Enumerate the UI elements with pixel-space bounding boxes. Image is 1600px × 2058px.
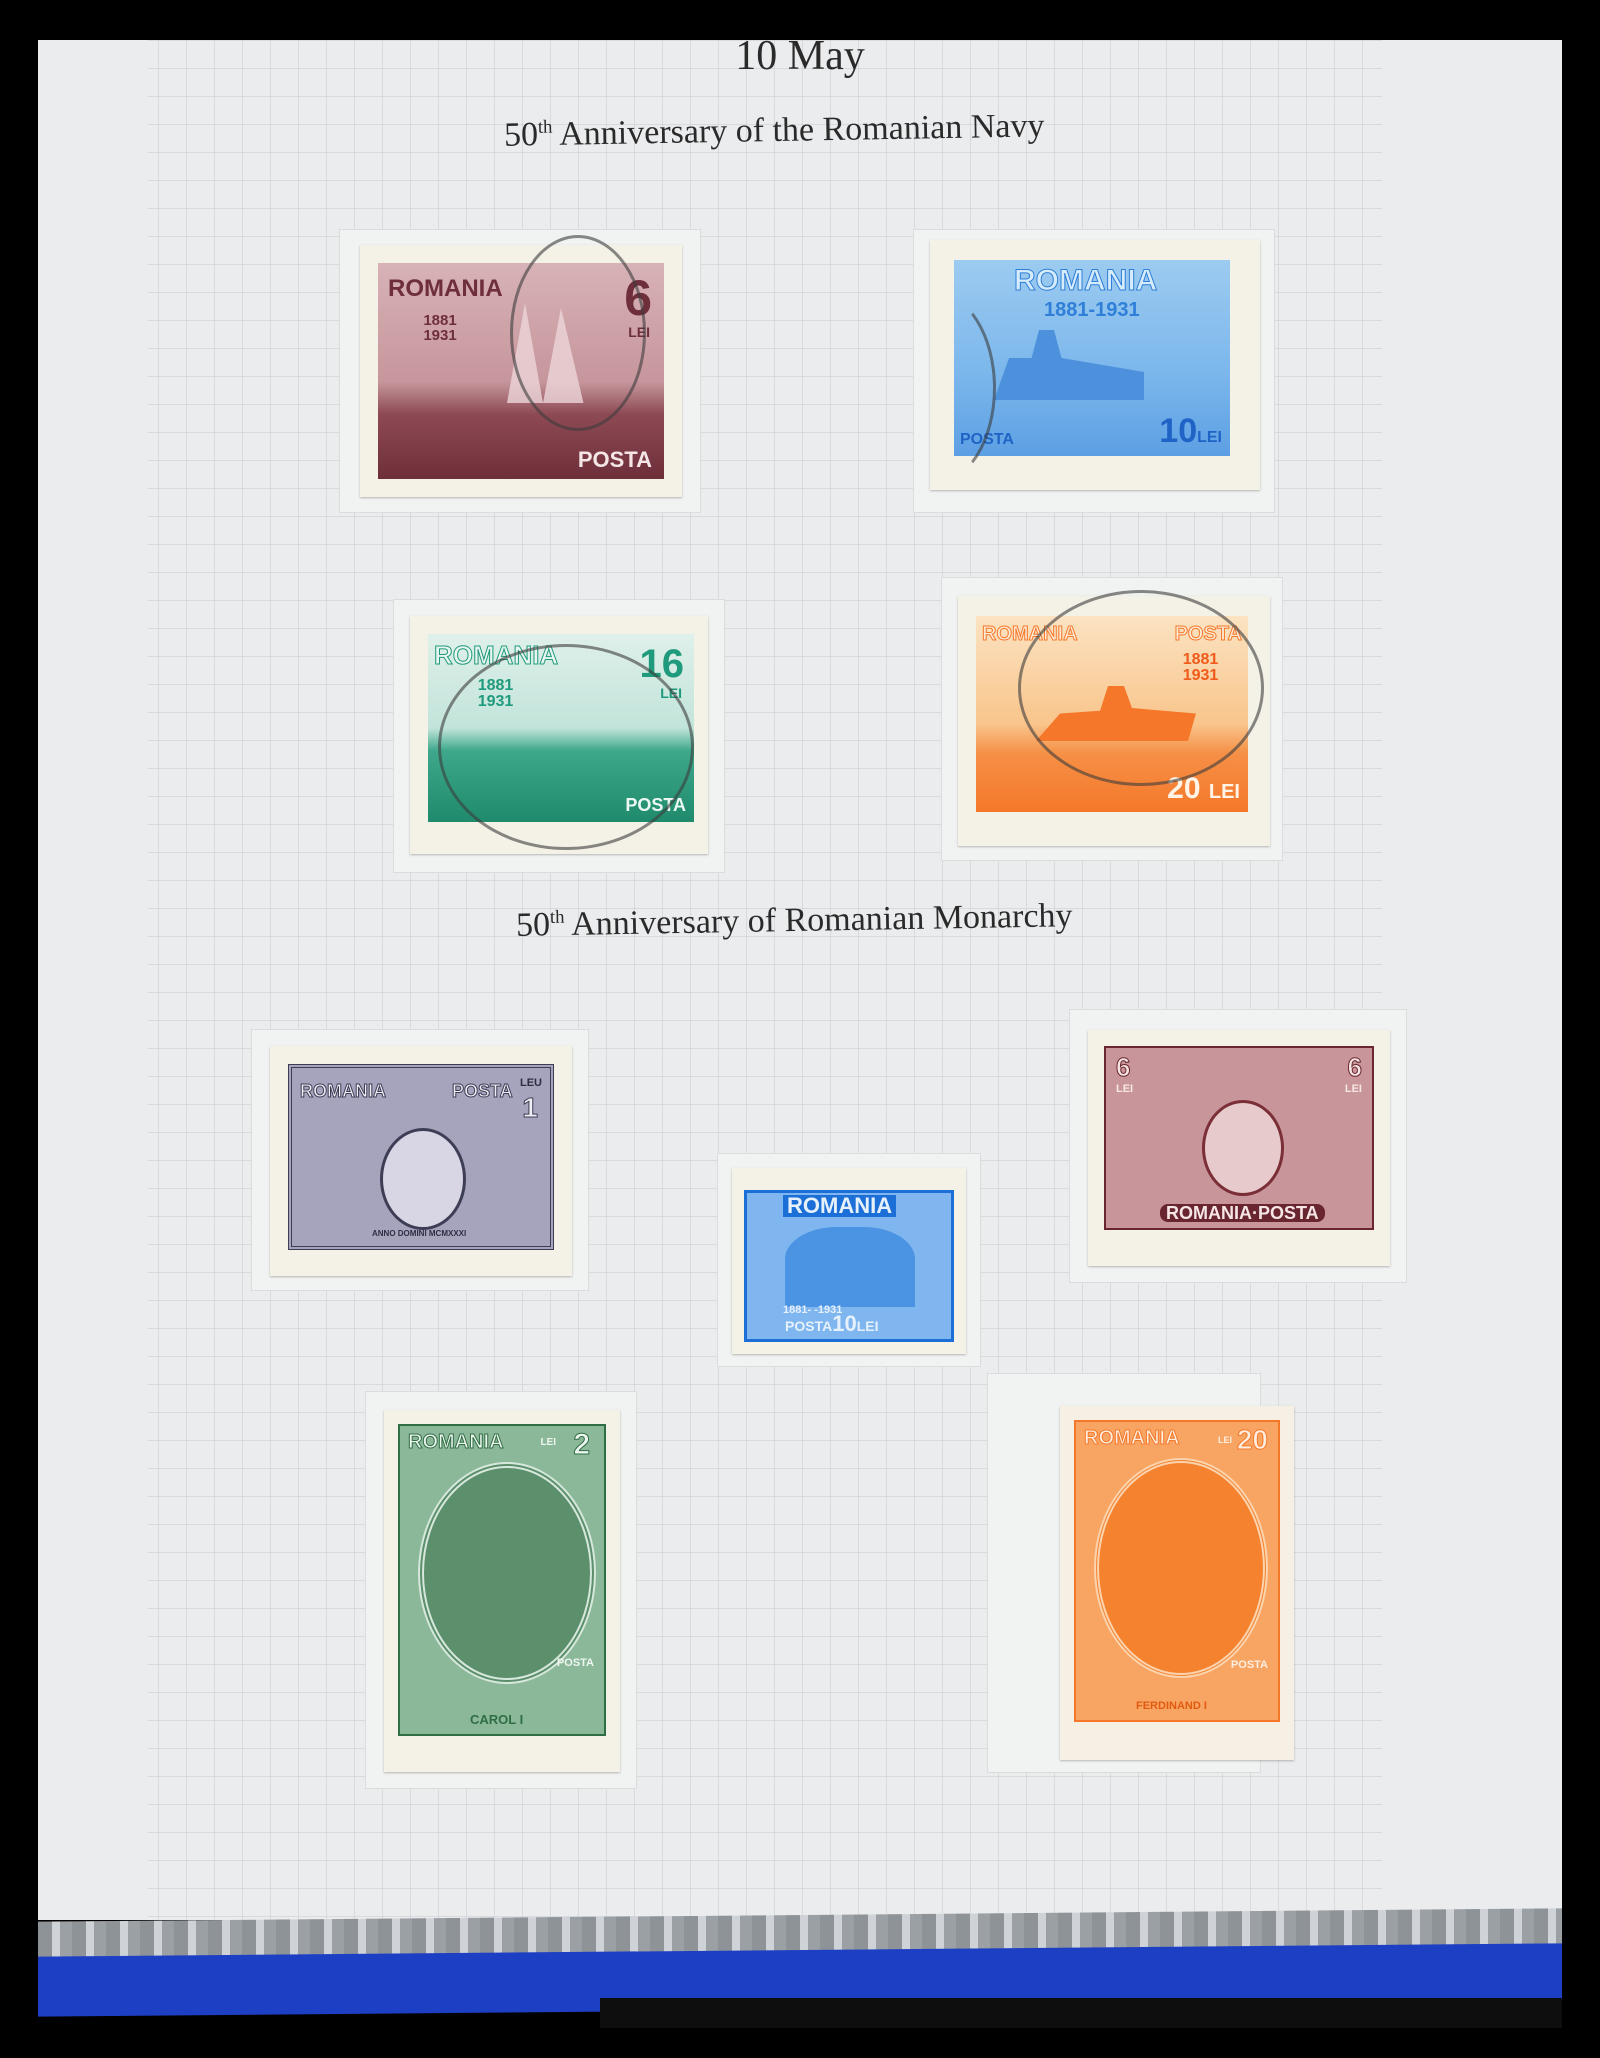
stamp-design: ROMANIA LEI 2 POSTA CAROL I (398, 1424, 606, 1736)
stamp-country: ROMANIA (300, 1082, 386, 1100)
stamp-unit-right: LEI (1345, 1084, 1362, 1095)
section-heading-monarchy: 50th Anniversary of Romanian Monarchy (516, 897, 1073, 945)
stamp-years: 1881-1931 (1044, 300, 1140, 320)
stamp-country: ROMANIA (388, 277, 503, 301)
portrait-medallion (418, 1462, 596, 1684)
page-margin-right (1382, 40, 1562, 1920)
postmark (870, 290, 996, 486)
stamp-navy-10-lei[interactable]: ROMANIA 1881-1931 10LEI POSTA (930, 240, 1260, 490)
date-heading: 10 May (38, 32, 1562, 80)
three-kings-portrait (785, 1227, 915, 1307)
battleship-graphic (994, 330, 1144, 400)
stamp-navy-16-lei[interactable]: ROMANIA 1881 1931 16 LEI POSTA (410, 616, 708, 854)
stamp-monarchy-1-leu[interactable]: ROMANIA POSTA LEU 1 ANNO DOMINI MCMXXXI (270, 1046, 572, 1276)
stamp-years: 1881 1931 (410, 313, 470, 343)
binder-shadow (600, 1998, 1562, 2028)
postmark (510, 235, 646, 431)
stamp-inscription: ANNO DOMINI MCMXXXI (372, 1230, 466, 1238)
postmark (1018, 590, 1264, 786)
stamp-monarchy-10-lei[interactable]: ROMANIA 1881- -1931 POSTA10LEI (732, 1168, 966, 1354)
stamp-posta: POSTA (578, 449, 652, 471)
stamp-country: ROMANIA (1014, 266, 1157, 296)
stamp-monarchy-20-lei[interactable]: ROMANIA LEI 20 POSTA FERDINAND I (1060, 1406, 1294, 1760)
stamp-monarchy-2-lei[interactable]: ROMANIA LEI 2 POSTA CAROL I (384, 1410, 620, 1772)
stamp-design: 6 LEI 6 LEI ROMANIA·POSTA (1104, 1046, 1374, 1230)
stamp-unit: LEI (540, 1438, 556, 1448)
stamp-value-group: POSTA10LEI (785, 1313, 878, 1335)
stamp-inscription: CAROL I (470, 1713, 523, 1726)
stamp-value-group: 10LEI (1159, 414, 1222, 448)
portrait-medallion (380, 1128, 466, 1230)
album-page: 10 May 50th Anniversary of the Romanian … (38, 40, 1562, 1920)
stamp-design: ROMANIA LEI 20 POSTA FERDINAND I (1074, 1420, 1280, 1722)
stamp-country: ROMANIA (783, 1195, 896, 1217)
portrait-medallion (1202, 1100, 1284, 1196)
stamp-country: ROMANIA (1084, 1428, 1180, 1448)
section-heading-navy: 50th Anniversary of the Romanian Navy (504, 107, 1045, 154)
postmark (438, 644, 694, 850)
stamp-value: 1 (522, 1094, 538, 1122)
stamp-value: 2 (573, 1430, 590, 1460)
portrait-medallion (1094, 1458, 1268, 1678)
stamp-design: ROMANIA POSTA LEU 1 ANNO DOMINI MCMXXXI (288, 1064, 554, 1250)
stamp-posta: POSTA (452, 1082, 513, 1100)
stamp-unit: LEU (520, 1078, 542, 1089)
stamp-posta: POSTA (557, 1658, 594, 1669)
stamp-unit: LEI (1218, 1436, 1232, 1445)
stamp-navy-6-lei[interactable]: ROMANIA 1881 1931 6 LEI POSTA (360, 245, 682, 497)
stamp-country: ROMANIA (408, 1432, 504, 1452)
stamp-value: 20 (1237, 1426, 1268, 1454)
stamp-posta: POSTA (1231, 1660, 1268, 1671)
stamp-design: ROMANIA 1881-1931 10LEI POSTA (954, 260, 1230, 456)
stamp-navy-20-lei[interactable]: ROMANIA POSTA 1881 1931 20 LEI (958, 596, 1270, 846)
page-margin-left (38, 40, 148, 1920)
stamp-design: ROMANIA 1881- -1931 POSTA10LEI (744, 1190, 954, 1342)
stamp-inscription: FERDINAND I (1136, 1701, 1207, 1712)
stamp-value: 6 (1116, 1054, 1130, 1080)
stamp-inscription: ROMANIA·POSTA (1160, 1204, 1325, 1222)
stamp-monarchy-6-lei[interactable]: 6 LEI 6 LEI ROMANIA·POSTA (1088, 1030, 1390, 1266)
stamp-unit: LEI (1116, 1084, 1133, 1095)
stamp-value-right: 6 (1348, 1054, 1362, 1080)
